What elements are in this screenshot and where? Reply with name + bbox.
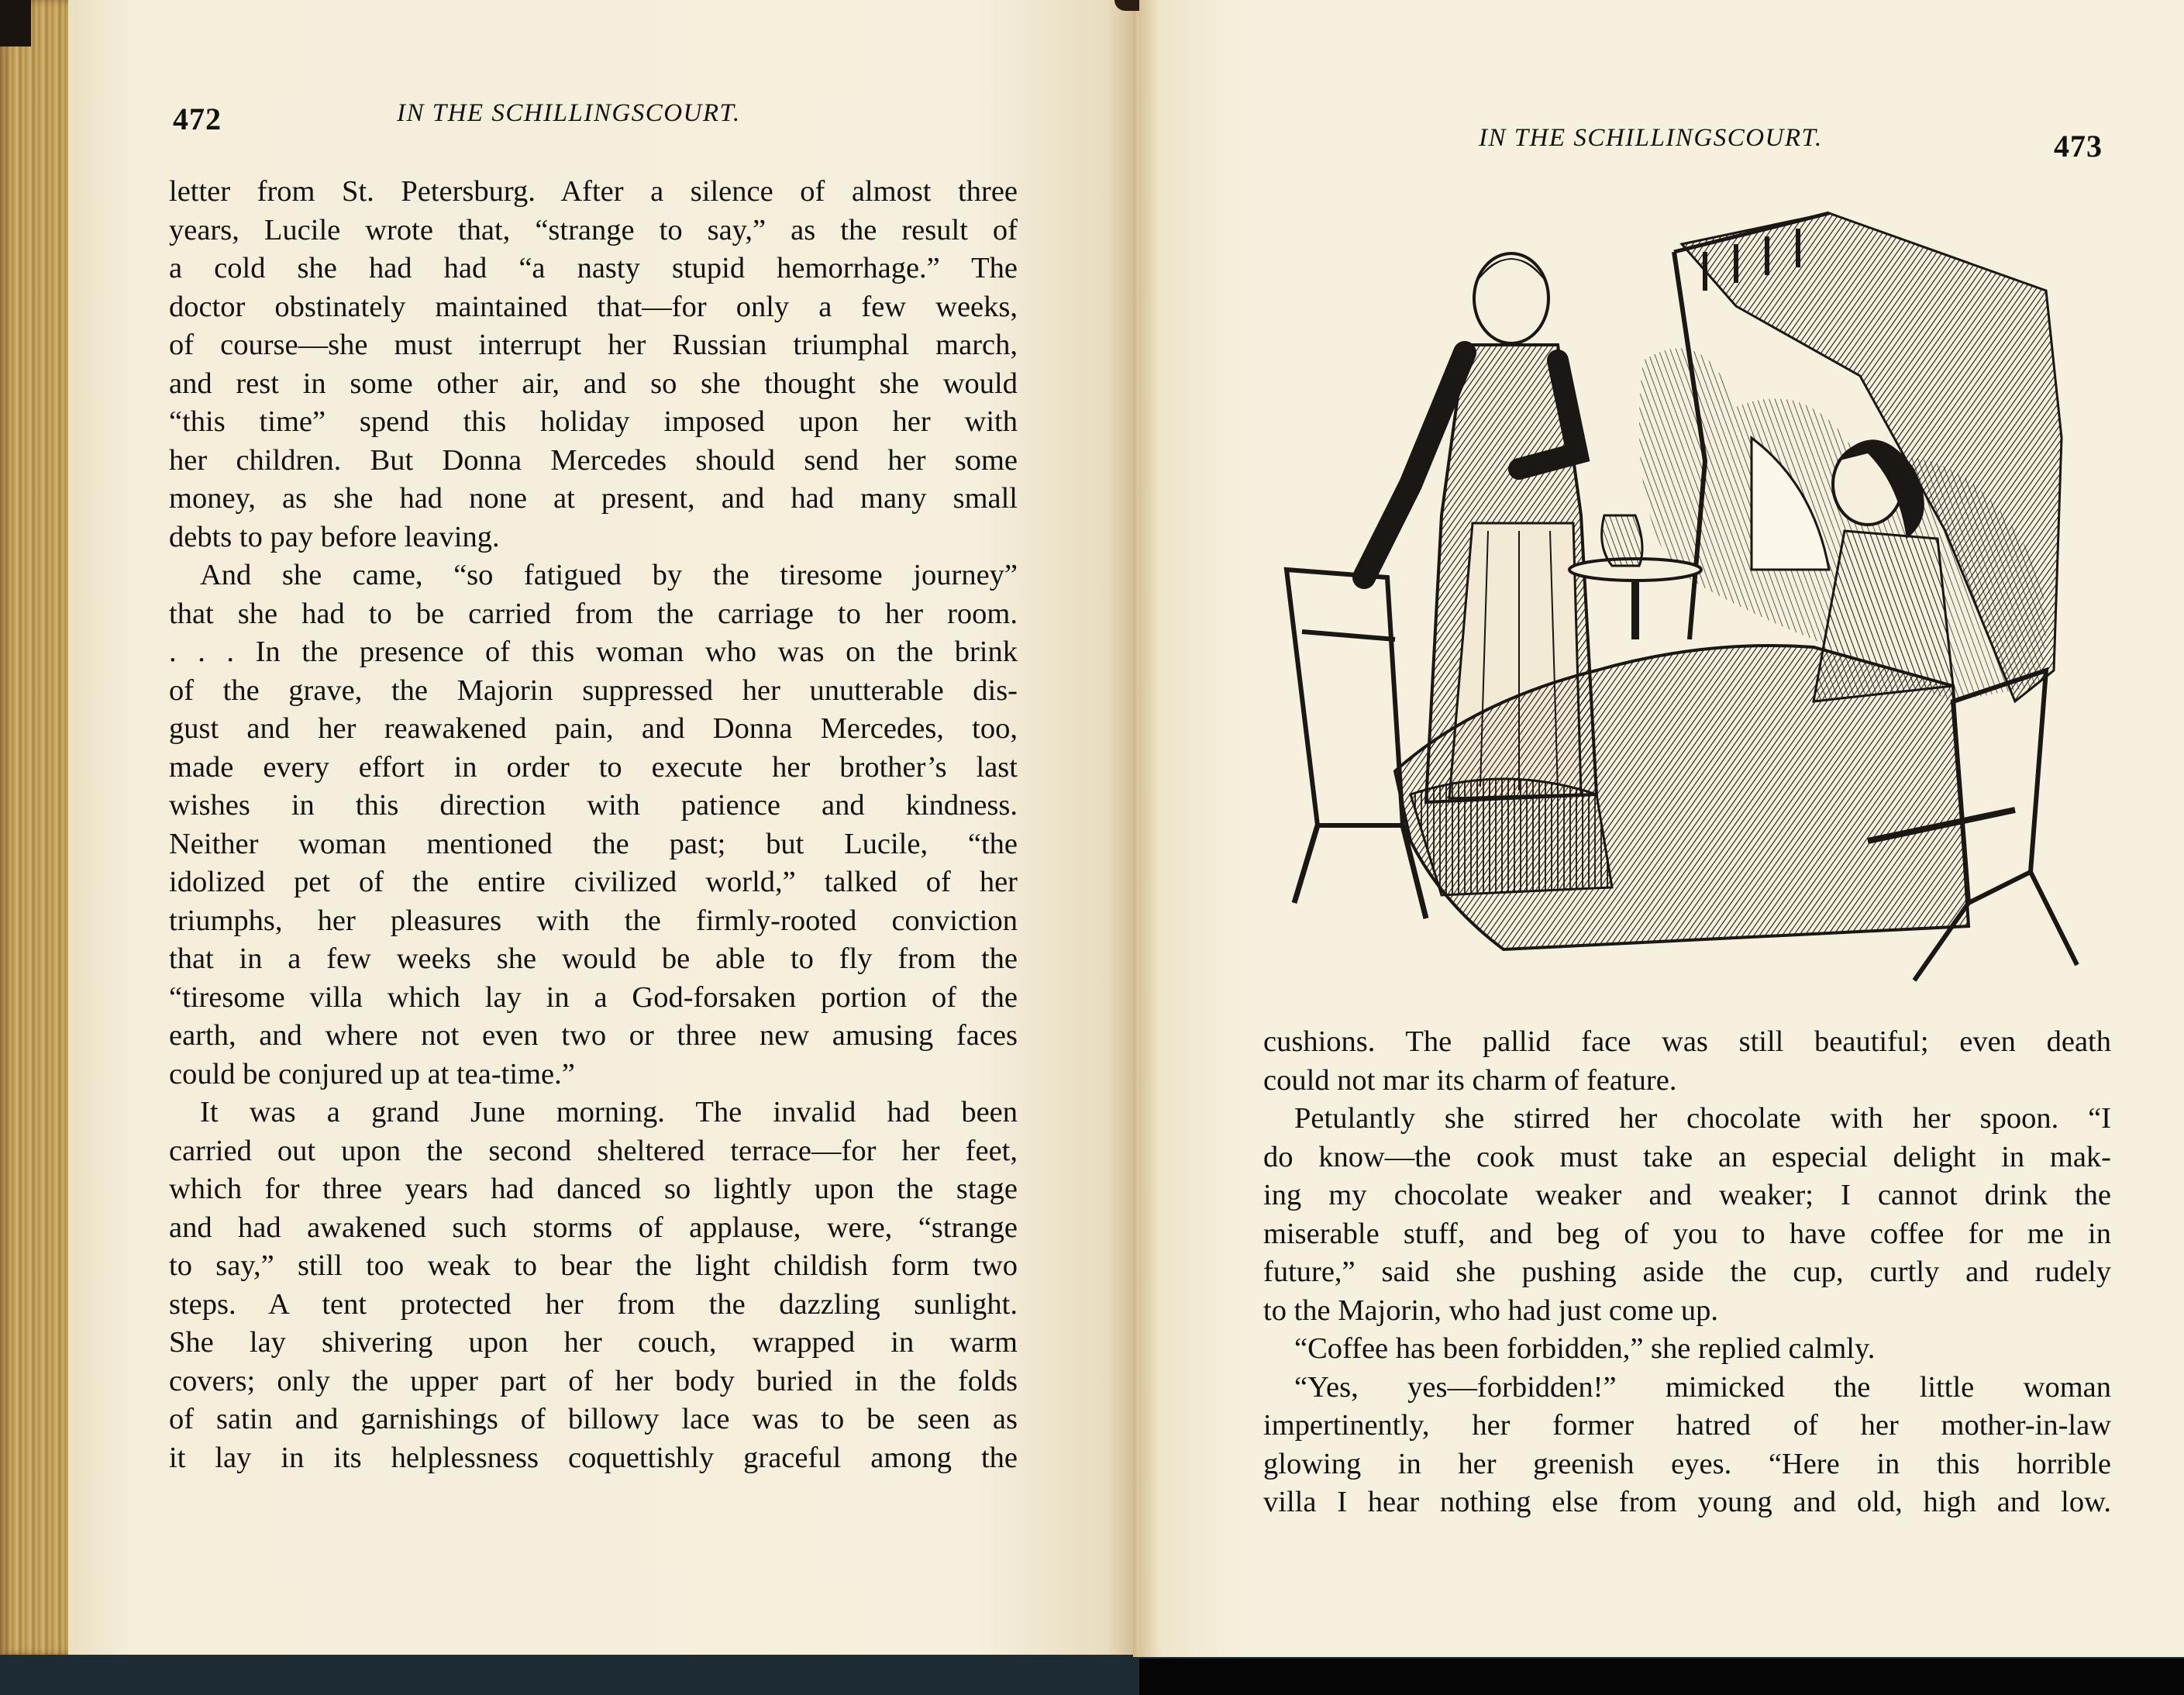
text-line: “Coffee has been forbidden,” she replied… <box>1263 1330 2111 1369</box>
text-line: . . . In the presence of this woman who … <box>169 633 1018 672</box>
text-line: which for three years had danced so ligh… <box>169 1170 1018 1209</box>
text-line: of the grave, the Majorin suppressed her… <box>169 672 1018 711</box>
text-line: Petulantly she stirred her chocolate wit… <box>1263 1100 2111 1139</box>
text-line: to say,” still too weak to bear the ligh… <box>169 1247 1018 1286</box>
text-line: carried out upon the second sheltered te… <box>169 1132 1018 1171</box>
text-line: made every effort in order to execute he… <box>169 749 1018 787</box>
text-line: miserable stuff, and beg of you to have … <box>1263 1215 2111 1254</box>
text-line: wishes in this direction with patience a… <box>169 787 1018 825</box>
text-line: cushions. The pallid face was still beau… <box>1263 1023 2111 1062</box>
text-line: could not mar its charm of feature. <box>1263 1062 2111 1101</box>
text-line: of satin and garnishings of billowy lace… <box>169 1400 1018 1439</box>
left-page-number: 472 <box>173 101 222 137</box>
text-line: And she came, “so fatigued by the tireso… <box>169 556 1018 595</box>
page-stack-edge <box>0 0 71 1655</box>
text-line: “Yes, yes—forbidden!” mimicked the littl… <box>1263 1369 2111 1407</box>
text-line: and had awakened such storms of applause… <box>169 1209 1018 1248</box>
text-line: “this time” spend this holiday imposed u… <box>169 403 1018 442</box>
illustration-invalid-under-tent <box>1271 205 2116 996</box>
text-line: debts to pay before leaving. <box>169 518 1018 557</box>
text-line: It was a grand June morning. The invalid… <box>169 1094 1018 1132</box>
text-line: gust and her reawakened pain, and Donna … <box>169 710 1018 749</box>
text-line: triumphs, her pleasures with the firmly-… <box>169 902 1018 941</box>
text-line: idolized pet of the entire civilized wor… <box>169 863 1018 902</box>
text-line: earth, and where not even two or three n… <box>169 1017 1018 1056</box>
text-line: a cold she had had “a nasty stupid hemor… <box>169 250 1018 288</box>
text-line: do know—the cook must take an especial d… <box>1263 1139 2111 1177</box>
text-line: “tiresome villa which lay in a God-forsa… <box>169 979 1018 1018</box>
text-line: covers; only the upper part of her body … <box>169 1363 1018 1401</box>
book-spread: 472 IN THE SCHILLINGSCOURT. letter from … <box>0 0 2184 1695</box>
text-line: years, Lucile wrote that, “strange to sa… <box>169 212 1018 250</box>
right-page-number: 473 <box>2054 128 2103 164</box>
left-page-body: letter from St. Petersburg. After a sile… <box>169 173 1018 1477</box>
left-running-head: IN THE SCHILLINGSCOURT. <box>397 99 741 128</box>
text-line: could be conjured up at tea-time.” <box>169 1056 1018 1094</box>
text-line: that she had to be carried from the carr… <box>169 595 1018 634</box>
right-running-head: IN THE SCHILLINGSCOURT. <box>1479 124 1823 153</box>
text-line: it lay in its helplessness coquettishly … <box>169 1439 1018 1478</box>
text-line: glowing in her greenish eyes. “Here in t… <box>1263 1445 2111 1484</box>
text-line: villa I hear nothing else from young and… <box>1263 1483 2111 1522</box>
text-line: money, as she had none at present, and h… <box>169 480 1018 518</box>
text-line: of course—she must interrupt her Russian… <box>169 326 1018 365</box>
text-line: steps. A tent protected her from the daz… <box>169 1286 1018 1325</box>
text-line: to the Majorin, who had just come up. <box>1263 1292 2111 1331</box>
text-line: She lay shivering upon her couch, wrappe… <box>169 1324 1018 1363</box>
text-line: her children. But Donna Mercedes should … <box>169 442 1018 481</box>
text-line: and rest in some other air, and so she t… <box>169 365 1018 404</box>
engraving-icon <box>1271 205 2116 996</box>
text-line: future,” said she pushing aside the cup,… <box>1263 1253 2111 1292</box>
text-line: impertinently, her former hatred of her … <box>1263 1407 2111 1445</box>
text-line: ing my chocolate weaker and weaker; I ca… <box>1263 1177 2111 1215</box>
scan-background-right <box>1139 1659 2184 1695</box>
text-line: that in a few weeks she would be able to… <box>169 940 1018 979</box>
right-page-body: cushions. The pallid face was still beau… <box>1263 1023 2111 1522</box>
text-line: Neither woman mentioned the past; but Lu… <box>169 825 1018 864</box>
text-line: doctor obstinately maintained that—for o… <box>169 288 1018 327</box>
text-line: letter from St. Petersburg. After a sile… <box>169 173 1018 212</box>
